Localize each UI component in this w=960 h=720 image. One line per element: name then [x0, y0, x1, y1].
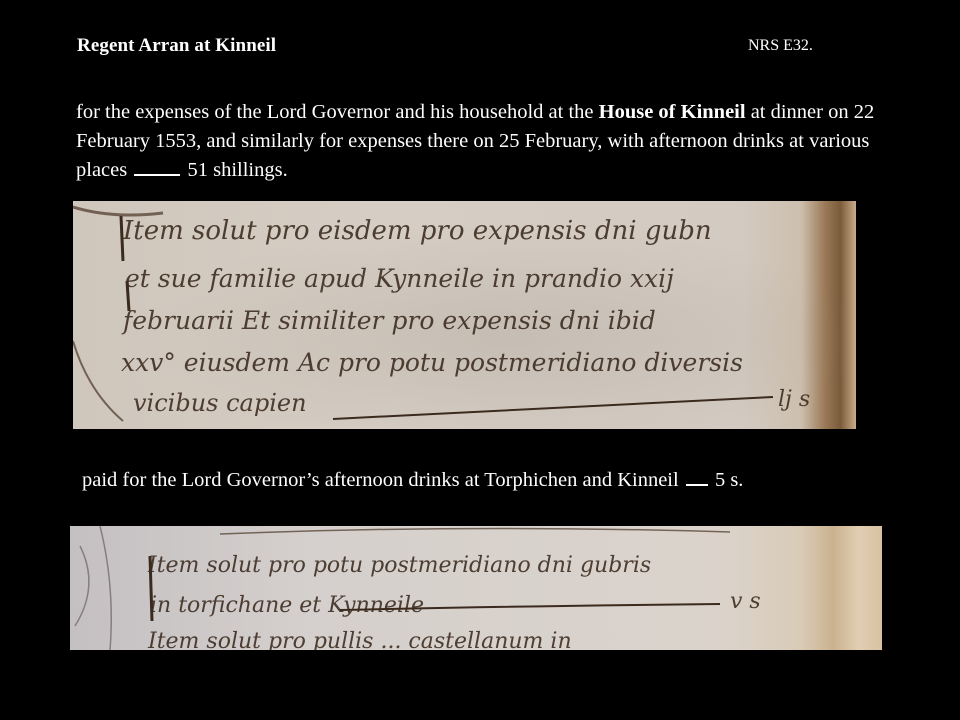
entry1-text-before: for the expenses of the Lord Governor an…	[76, 101, 599, 123]
ms1-line-1: Item solut pro eisdem pro expensis dni g…	[122, 216, 712, 246]
ms1-amount: lj s	[778, 387, 810, 412]
ms1-line-3: februarii Et similiter pro expensis dni …	[121, 306, 656, 335]
ms2-line-3: Item solut pro pullis ... castellanum in	[147, 629, 572, 650]
entry2-text: paid for the Lord Governor’s afternoon d…	[82, 469, 679, 491]
entry1-amount: 51 shillings.	[187, 159, 287, 181]
archive-reference: NRS E32.	[748, 37, 813, 55]
manuscript-image-1: Item solut pro eisdem pro expensis dni g…	[73, 201, 856, 429]
ms1-line-2: et sue familie apud Kynneile in prandio …	[125, 264, 674, 293]
ms2-amount: v s	[730, 589, 761, 614]
manuscript-image-2: Item solut pro potu postmeridiano dni gu…	[70, 526, 882, 650]
entry2-translation: paid for the Lord Governor’s afternoon d…	[82, 466, 743, 495]
entry1-blank-line	[134, 173, 180, 176]
handwriting-2: Item solut pro potu postmeridiano dni gu…	[70, 526, 882, 650]
slide-title: Regent Arran at Kinneil	[77, 35, 276, 57]
entry1-bold-place: House of Kinneil	[599, 101, 746, 123]
ms1-line-5: vicibus capien	[133, 389, 307, 417]
handwriting-1: Item solut pro eisdem pro expensis dni g…	[73, 201, 856, 429]
ms1-line-4: xxv° eiusdem Ac pro potu postmeridiano d…	[121, 348, 743, 377]
entry1-translation: for the expenses of the Lord Governor an…	[76, 98, 906, 185]
entry2-blank-line	[686, 483, 708, 486]
entry2-amount: 5 s.	[715, 469, 743, 491]
ms2-line-1: Item solut pro potu postmeridiano dni gu…	[147, 553, 651, 578]
ms2-line-2: in torfichane et Kynneile	[150, 593, 424, 618]
